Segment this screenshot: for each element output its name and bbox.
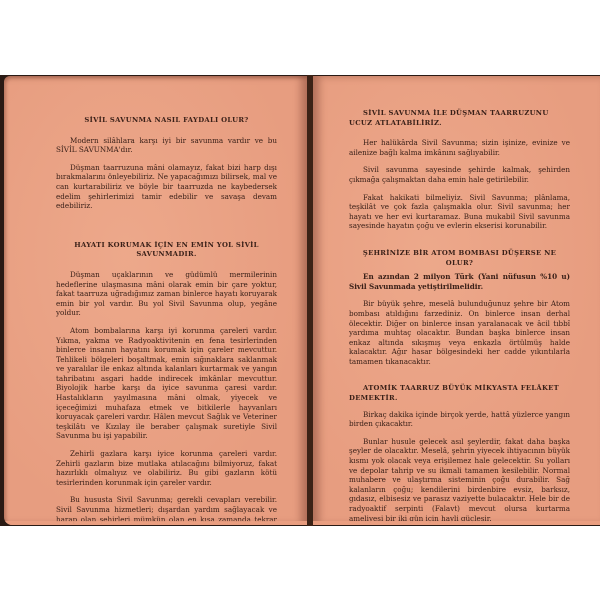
bold-paragraph: En azından 2 milyon Türk (Yani nüfusun %… xyxy=(349,272,570,291)
paragraph: Atom bombalarına karşı iyi korunma çarel… xyxy=(56,326,277,441)
paragraph: Bunlar husule gelecek asıl şeylerdir, fa… xyxy=(349,437,570,523)
paragraph: Düşman uçaklarının ve güdümlü mermilerin… xyxy=(56,270,277,318)
page-edge xyxy=(313,521,600,525)
paragraph: Zehirli gazlara karşı iyice korunma çare… xyxy=(56,449,277,487)
left-page-content: SİVİL SAVUNMA NASIL FAYDALI OLUR? Modern… xyxy=(56,116,277,525)
open-booklet: SİVİL SAVUNMA NASIL FAYDALI OLUR? Modern… xyxy=(0,75,600,526)
paragraph: Düşman taarruzuna mâni olamayız, fakat b… xyxy=(56,163,277,211)
section-heading: SİVİL SAVUNMA İLE DÜŞMAN TAARRUZUNU UCUZ… xyxy=(349,109,570,128)
paragraph: Sivil savunma sayesinde şehirde kalmak, … xyxy=(349,165,570,184)
left-page: SİVİL SAVUNMA NASIL FAYDALI OLUR? Modern… xyxy=(4,76,307,525)
paragraph: Birkaç dakika içinde birçok yerde, hattâ… xyxy=(349,410,570,429)
paragraph: Modern silâhlara karşı iyi bir savunma v… xyxy=(56,136,277,155)
section-heading: SİVİL SAVUNMA NASIL FAYDALI OLUR? xyxy=(56,116,277,126)
paragraph: Bir büyük şehre, meselâ bulunduğunuz şeh… xyxy=(349,299,570,366)
section-heading: HAYATI KORUMAK İÇİN EN EMİN YOL SİVİL SA… xyxy=(56,241,277,260)
section-heading: ŞEHRİNİZE BİR ATOM BOMBASI DÜŞERSE NE OL… xyxy=(349,249,570,268)
right-page-content: SİVİL SAVUNMA İLE DÜŞMAN TAARRUZUNU UCUZ… xyxy=(349,109,570,525)
paragraph: Her halükârda Sivil Savunma; sizin işini… xyxy=(349,138,570,157)
section-heading: ATOMİK TAARRUZ BÜYÜK MİKYASTA FELÂKET DE… xyxy=(349,384,570,403)
page-edge xyxy=(4,521,307,525)
paragraph: Fakat hakikati bilmeliyiz. Sivil Savunma… xyxy=(349,193,570,231)
right-page: SİVİL SAVUNMA İLE DÜŞMAN TAARRUZUNU UCUZ… xyxy=(313,76,600,525)
